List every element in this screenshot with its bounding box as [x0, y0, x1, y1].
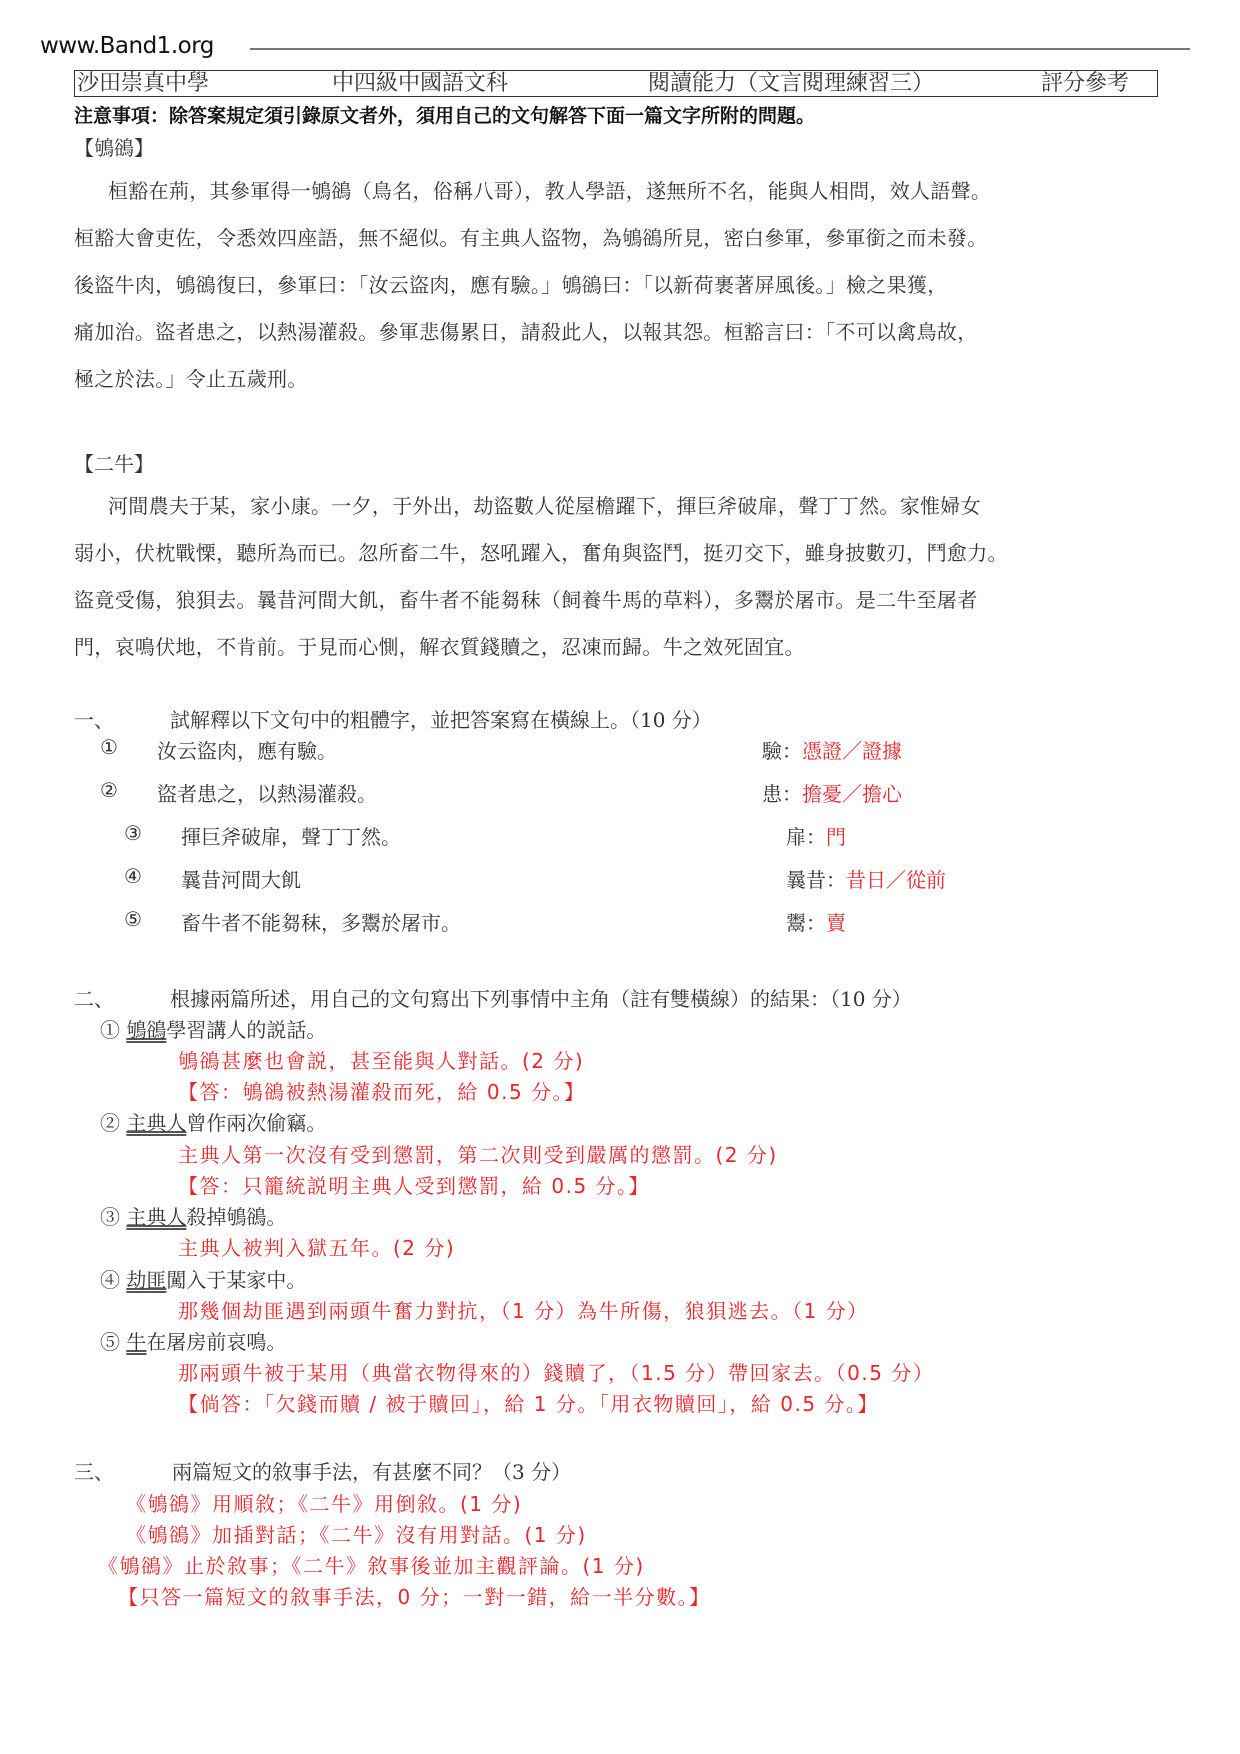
q2-text: 根據兩篇所述，用自己的文句寫出下列事情中主角（註有雙橫線）的結果：（10 分）	[170, 983, 912, 1012]
q2-item-mark: ⑤	[100, 1330, 120, 1354]
notice: 注意事項：除答案規定須引錄原文者外，須用自己的文句解答下面一篇文字所附的問題。	[74, 101, 815, 128]
q1-item-answer-line: 扉：門	[786, 821, 846, 850]
q3-number: 三、	[74, 1456, 114, 1485]
q2-item-text: 在屠房前哀鳴。	[146, 1330, 286, 1354]
passage2-line: 弱小，伏枕戰慄，聽所為而已。忽所畜二牛，怒吼躍入，奮角與盜鬥，挺刃交下，雖身披數…	[74, 537, 1008, 566]
passage1-line: 極之於法。」令止五歲刑。	[74, 363, 308, 392]
q3-answer: 《鴝鵒》用順敘；《二牛》用倒敘。(1 分)	[126, 1488, 522, 1517]
q1-answer: 昔日／從前	[846, 868, 946, 892]
q1-item-sentence: 盜者患之，以熱湯灌殺。	[157, 778, 377, 807]
q1-term: 鬻：	[786, 911, 826, 935]
passage1-line: 桓豁大會吏佐，令悉效四座語，無不絕似。有主典人盜物，為鴝鵒所見，密白參軍，參軍銜…	[74, 222, 988, 251]
doc-type: 評分參考	[1041, 71, 1129, 96]
q2-item-text: 闖入于某家中。	[166, 1268, 306, 1292]
q2-item-mark: ②	[100, 1111, 120, 1135]
q1-item-mark: ③	[124, 821, 142, 845]
q1-answer: 擔憂／擔心	[802, 782, 902, 806]
q1-item-answer-line: 曩昔：昔日／從前	[786, 864, 946, 893]
q1-item-sentence: 曩昔河間大飢	[181, 864, 301, 893]
q1-item-sentence: 畜牛者不能芻秣，多鬻於屠市。	[181, 907, 461, 936]
site-header: www.Band1.org	[40, 30, 1190, 66]
q1-item-answer-line: 鬻：賣	[786, 907, 846, 936]
q2-answer: 那兩頭牛被于某用（典當衣物得來的）錢贖了，（1.5 分）帶回家去。（0.5 分）	[178, 1357, 934, 1386]
document-title-box: 沙田崇真中學 中四級中國語文科 閱讀能力（文言閱理練習三） 評分參考	[74, 70, 1158, 97]
q1-item-answer-line: 驗：憑證／證據	[762, 735, 902, 764]
q2-item: ④ 劫匪闖入于某家中。	[100, 1264, 306, 1293]
q1-term: 驗：	[762, 739, 802, 763]
q3-answer-note: 【只答一篇短文的敘事手法，0 分；一對一錯，給一半分數。】	[118, 1581, 711, 1610]
school-name: 沙田崇真中學	[77, 71, 209, 96]
q2-answer: 主典人第一次沒有受到懲罰，第二次則受到嚴厲的懲罰。(2 分)	[178, 1139, 778, 1168]
passage2-line: 河間農夫于某，家小康。一夕，于外出，劫盜數人從屋檐躍下，揮巨斧破扉，聲丁丁然。家…	[74, 490, 981, 519]
paper-name: 閱讀能力（文言閱理練習三）	[648, 71, 934, 96]
q1-item-mark: ①	[100, 735, 118, 759]
q1-item-sentence: 汝云盜肉，應有驗。	[157, 735, 337, 764]
passage1-line: 後盜牛肉，鴝鵒復曰，參軍曰：「汝云盜肉，應有驗。」鴝鵒曰：「以新荷裹著屏風後。」…	[74, 269, 948, 298]
q1-text: 試解釋以下文句中的粗體字，並把答案寫在橫線上。（10 分）	[170, 704, 712, 733]
q2-item-text: 學習講人的説話。	[166, 1018, 326, 1042]
q1-number: 一、	[74, 704, 114, 733]
q3-answer: 《鴝鵒》止於敘事；《二牛》敘事後並加主觀評論。(1 分)	[98, 1550, 645, 1579]
q2-answer: 主典人被判入獄五年。(2 分)	[178, 1232, 455, 1261]
passage1-line: 桓豁在荊，其參軍得一鴝鵒（鳥名，俗稱八哥），教人學語，遂無所不名，能與人相問，效…	[74, 175, 991, 204]
q1-answer: 憑證／證據	[802, 739, 902, 763]
q2-item: ① 鴝鵒學習講人的説話。	[100, 1014, 326, 1043]
q2-number: 二、	[74, 983, 114, 1012]
q2-answer: 那幾個劫匪遇到兩頭牛奮力對抗，（1 分）為牛所傷，狼狽逃去。（1 分）	[178, 1295, 869, 1324]
q2-item-text: 曾作兩次偷竊。	[186, 1111, 326, 1135]
q1-item-mark: ⑤	[124, 907, 142, 931]
q1-term: 患：	[762, 782, 802, 806]
passage1-line: 痛加治。盜者患之，以熱湯灌殺。參軍悲傷累日，請殺此人，以報其怨。桓豁言曰：「不可…	[74, 316, 978, 345]
subject-name: 中四級中國語文科	[332, 71, 508, 96]
q1-item-answer-line: 患：擔憂／擔心	[762, 778, 902, 807]
header-rule	[250, 48, 1190, 50]
q2-subject: 鴝鵒	[126, 1018, 166, 1042]
q2-answer: 鴝鵒甚麼也會説，甚至能與人對話。(2 分)	[178, 1045, 584, 1074]
q1-answer: 賣	[826, 911, 846, 935]
q2-item: ② 主典人曾作兩次偷竊。	[100, 1107, 326, 1136]
q2-item-mark: ③	[100, 1205, 120, 1229]
passage2-title: 【二牛】	[74, 448, 154, 477]
q2-item-mark: ④	[100, 1268, 120, 1292]
q2-item: ⑤ 牛在屠房前哀鳴。	[100, 1326, 286, 1355]
q1-answer: 門	[826, 825, 846, 849]
q2-item: ③ 主典人殺掉鴝鵒。	[100, 1201, 286, 1230]
site-name[interactable]: www.Band1.org	[40, 33, 214, 59]
q1-term: 曩昔：	[786, 868, 846, 892]
q2-answer-note: 【倘答：「欠錢而贖 / 被于贖回」，給 1 分。「用衣物贖回」，給 0.5 分。…	[178, 1388, 879, 1417]
q3-text: 兩篇短文的敘事手法，有甚麼不同？（3 分）	[172, 1456, 571, 1485]
q1-term: 扉：	[786, 825, 826, 849]
q2-subject: 牛	[126, 1330, 146, 1354]
q1-item-mark: ④	[124, 864, 142, 888]
q3-answer: 《鴝鵒》加插對話；《二牛》沒有用對話。(1 分)	[126, 1519, 587, 1548]
passage1-title: 【鴝鵒】	[74, 132, 154, 161]
q2-subject: 主典人	[126, 1205, 186, 1229]
q1-item-sentence: 揮巨斧破扉，聲丁丁然。	[181, 821, 401, 850]
q2-item-text: 殺掉鴝鵒。	[186, 1205, 286, 1229]
passage2-line: 門，哀鳴伏地，不肯前。于見而心惻，解衣質錢贖之，忍凍而歸。牛之效死固宜。	[74, 631, 805, 660]
q2-answer-note: 【答：鴝鵒被熱湯灌殺而死，給 0.5 分。】	[178, 1076, 586, 1105]
passage2-line: 盜竟受傷，狼狽去。曩昔河間大飢，畜牛者不能芻秣（飼養牛馬的草料），多鬻於屠市。是…	[74, 584, 978, 613]
q2-subject: 劫匪	[126, 1268, 166, 1292]
q1-item-mark: ②	[100, 778, 118, 802]
q2-item-mark: ①	[100, 1018, 120, 1042]
q2-subject: 主典人	[126, 1111, 186, 1135]
q2-answer-note: 【答：只籠統説明主典人受到懲罰，給 0.5 分。】	[178, 1170, 650, 1199]
